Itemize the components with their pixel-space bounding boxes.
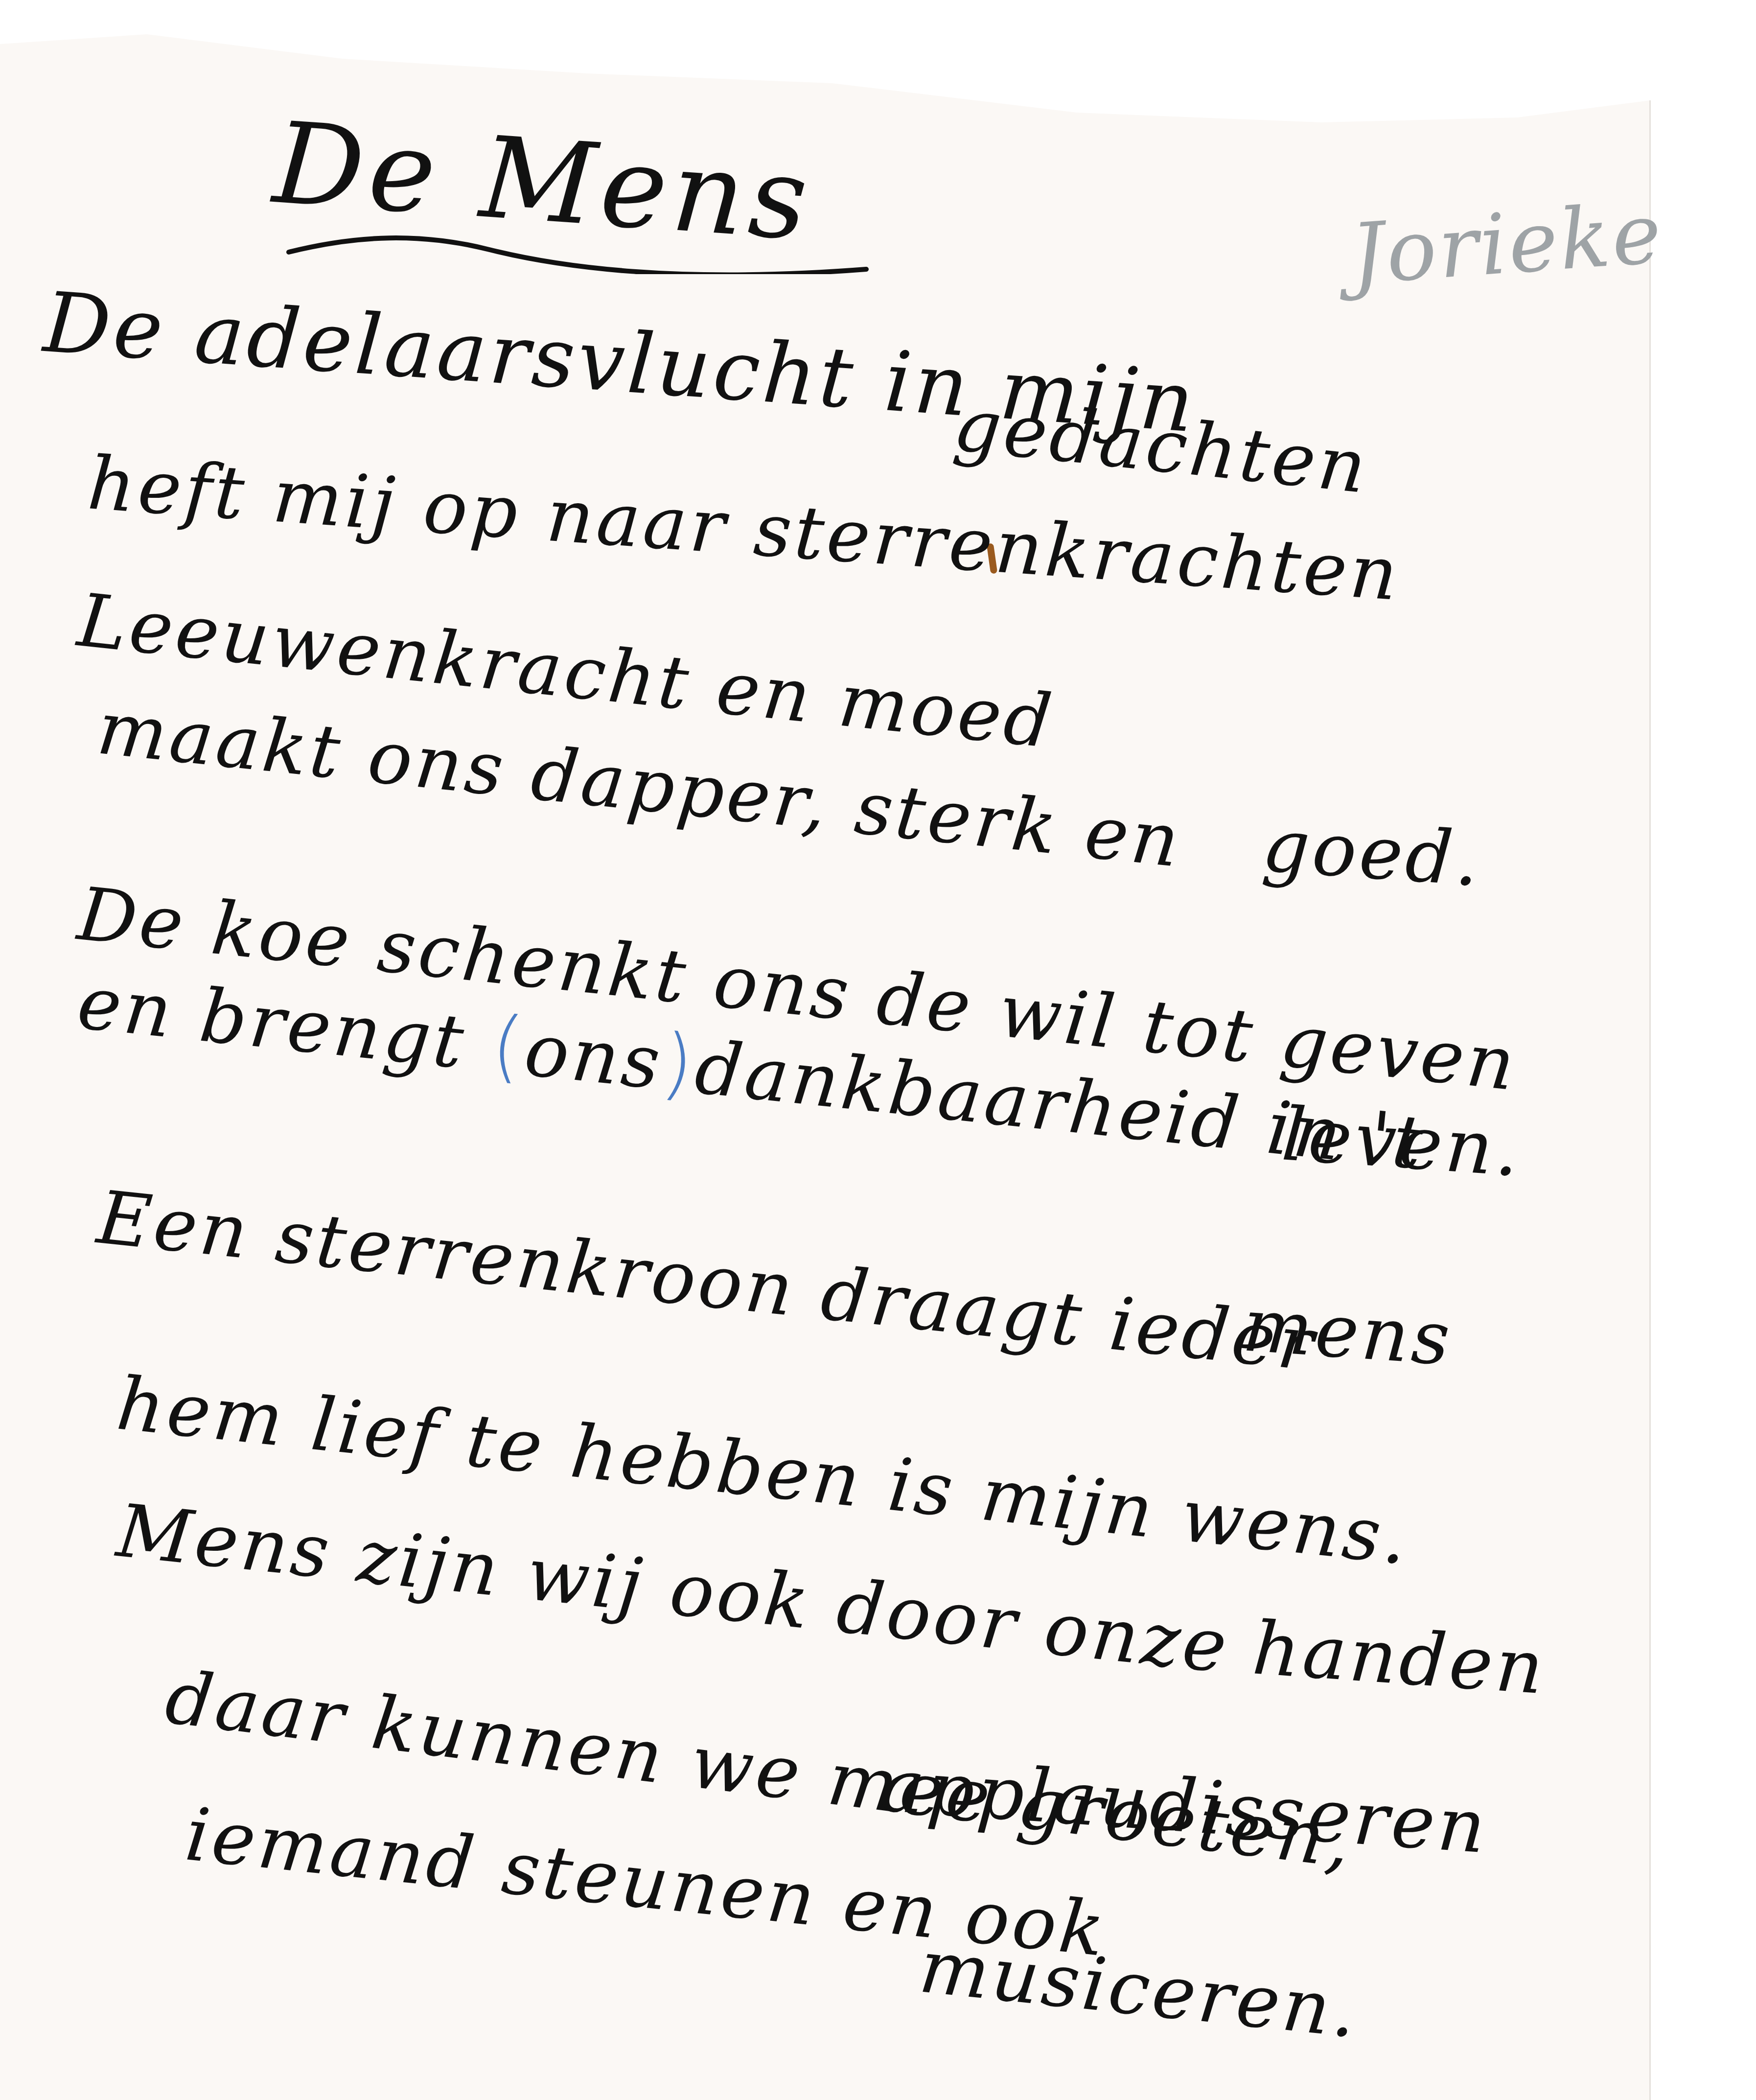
paper-edge xyxy=(1649,100,1651,2100)
poem-line-continuation: goed. xyxy=(1260,803,1485,903)
title-underline xyxy=(284,230,871,274)
poem-line-continuation: mens xyxy=(1240,1283,1456,1382)
inserted-word: ons xyxy=(521,1007,667,1106)
poem-line-continuation: leven. xyxy=(1279,1092,1525,1193)
